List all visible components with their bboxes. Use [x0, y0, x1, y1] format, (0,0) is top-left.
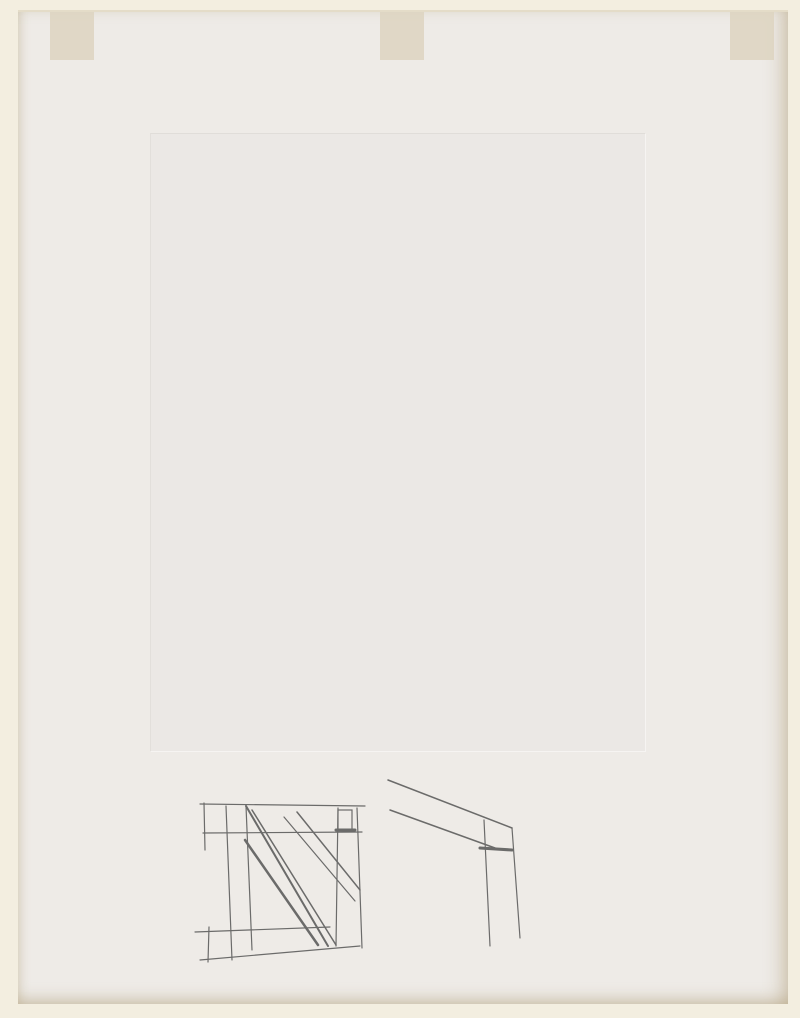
- pencil-sketches: [0, 0, 800, 1018]
- window-sketch: [195, 803, 365, 962]
- roof-sketch: [388, 780, 520, 946]
